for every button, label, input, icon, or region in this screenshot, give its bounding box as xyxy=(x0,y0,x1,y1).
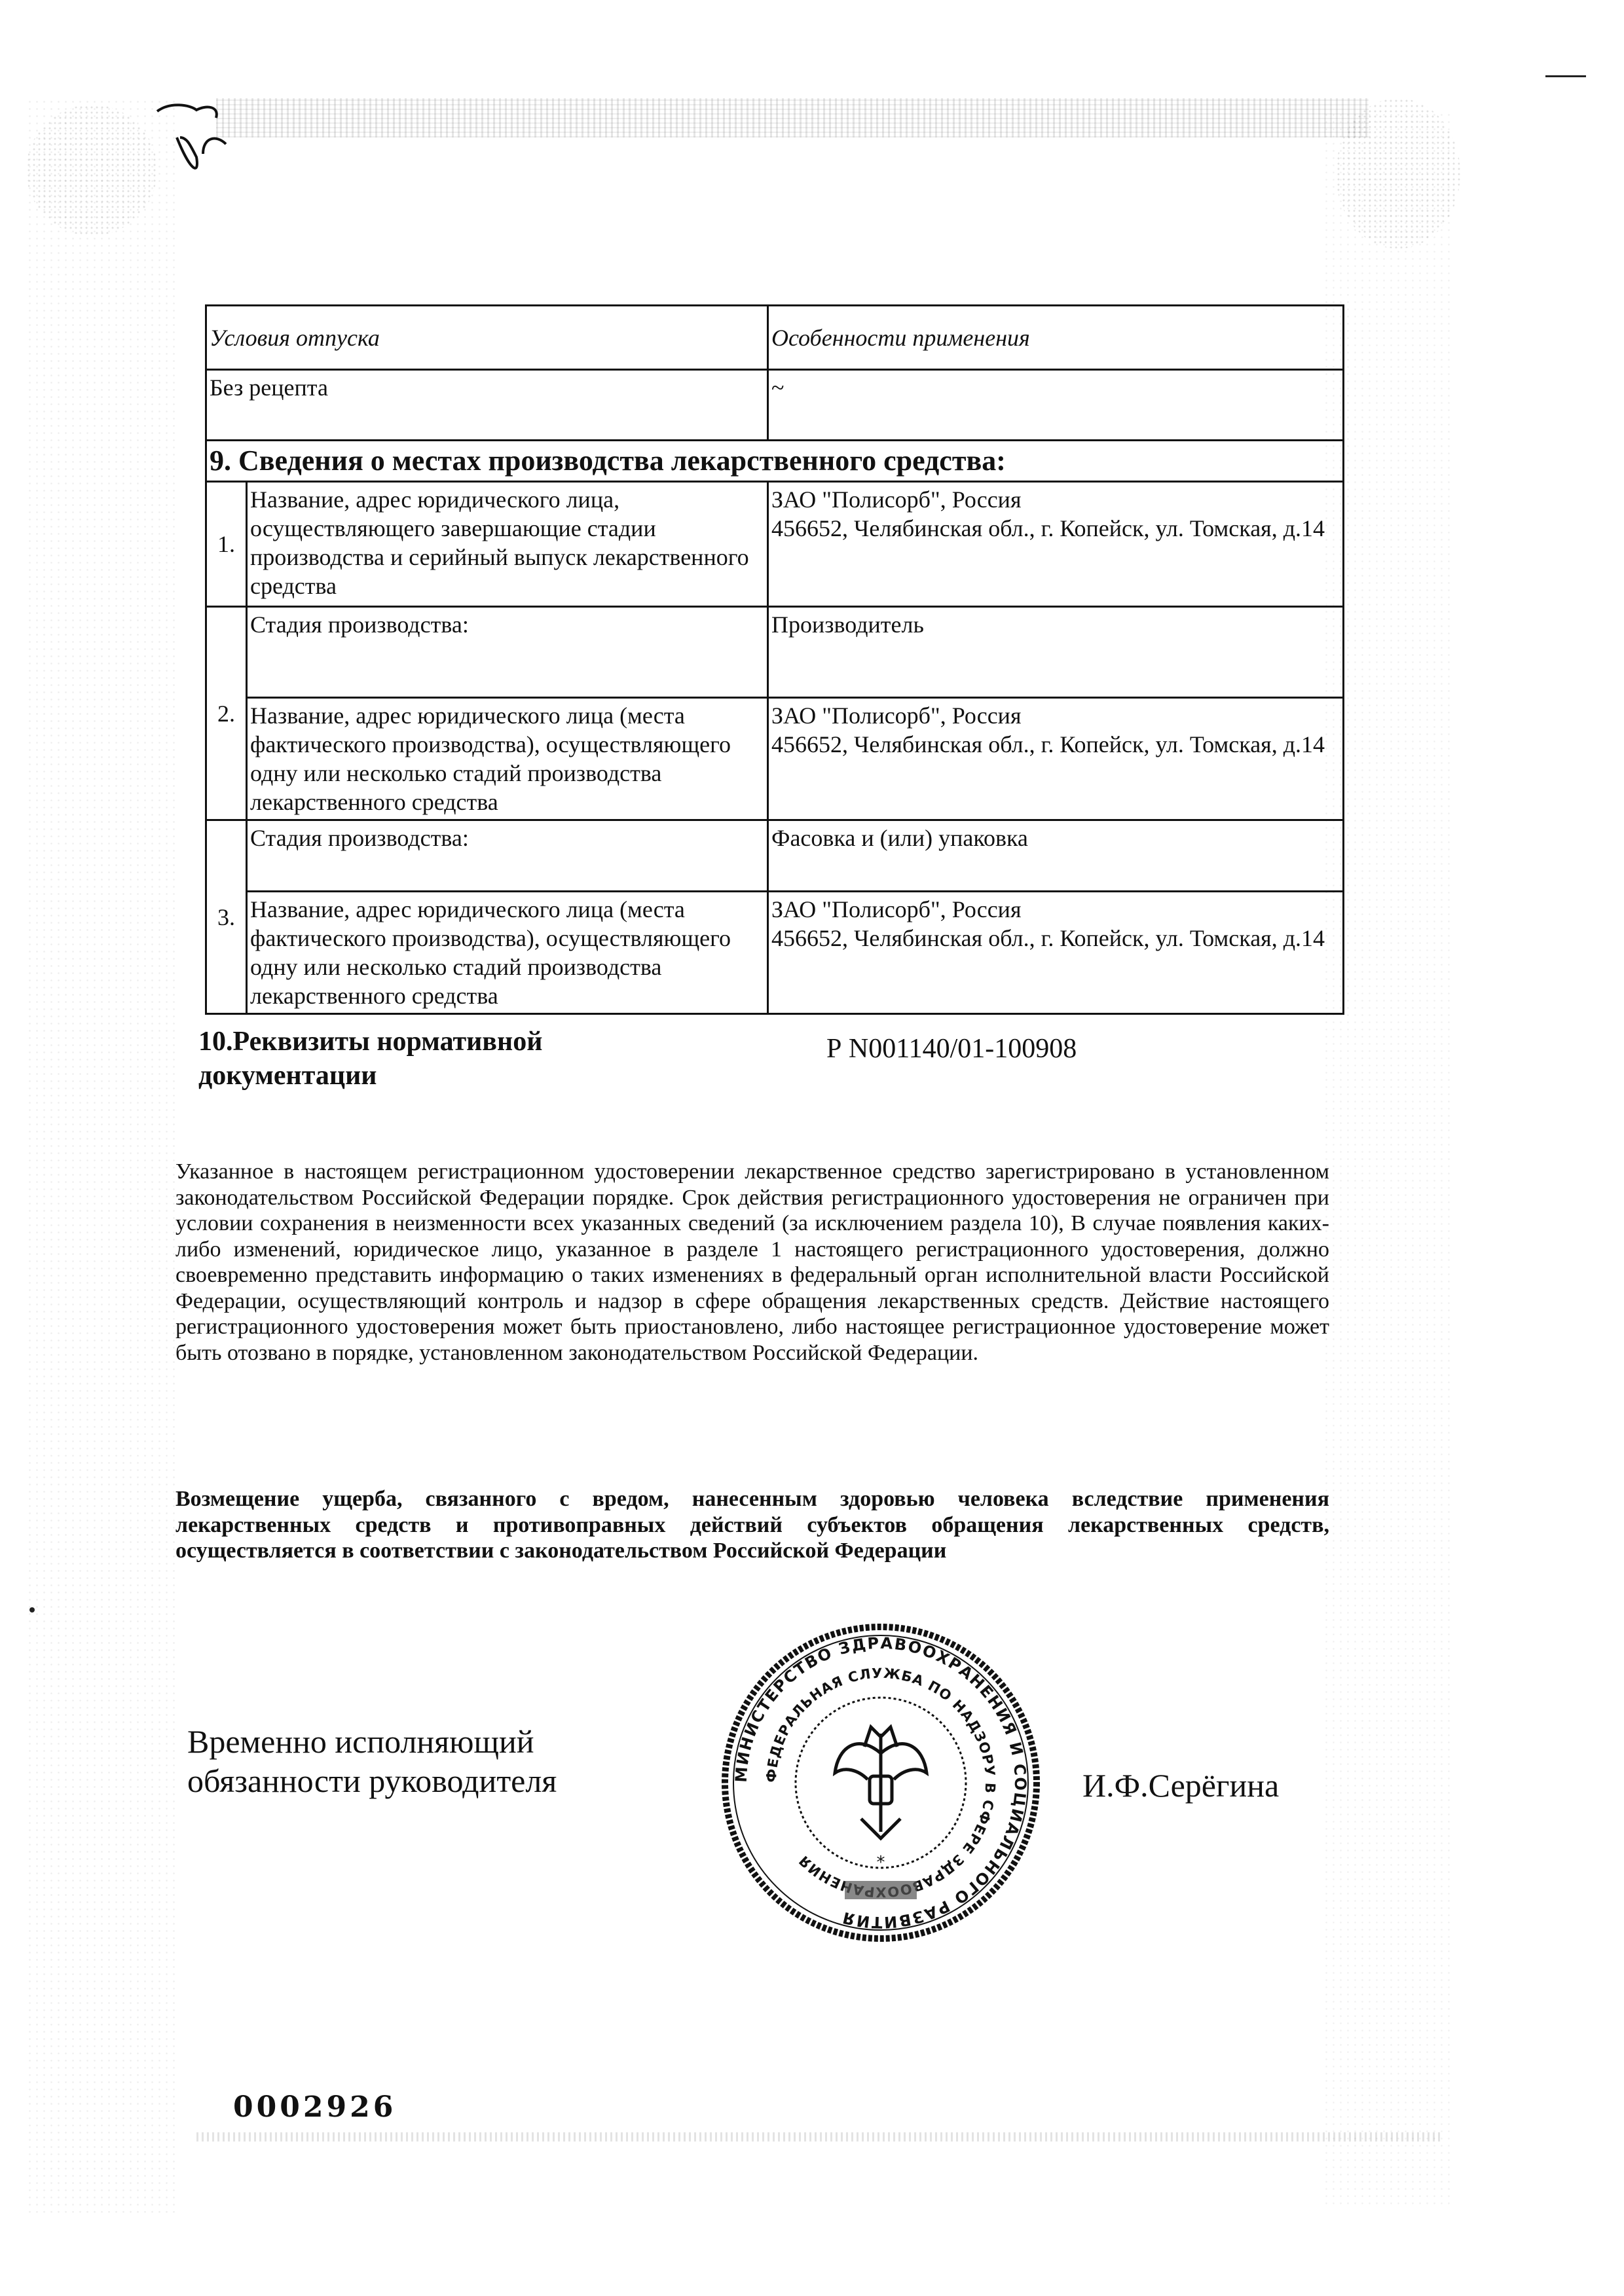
row-number: 1. xyxy=(206,482,247,607)
eagle-emblem-icon xyxy=(835,1727,927,1838)
stage-label: Стадия производства: xyxy=(247,607,768,698)
decorative-border-bottom xyxy=(196,2132,1441,2141)
signatory-name: И.Ф.Серёгина xyxy=(1082,1766,1279,1804)
company-name: ЗАО "Полисорб", Россия xyxy=(771,895,1340,924)
section10-title: 10.Реквизиты нормативной документации xyxy=(198,1025,657,1093)
serial-number: 0002926 xyxy=(233,2090,396,2124)
svg-text:*: * xyxy=(877,1853,885,1872)
normative-doc-number: Р N001140/01-100908 xyxy=(826,1033,1077,1065)
usage-features-value: ~ xyxy=(768,370,1344,441)
table-row: 1. Название, адрес юридического лица, ос… xyxy=(206,482,1344,607)
row-label: Название, адрес юридического лица (места… xyxy=(247,698,768,820)
row-label: Название, адрес юридического лица (места… xyxy=(247,892,768,1014)
company-address: 456652, Челябинская обл., г. Копейск, ул… xyxy=(771,730,1340,759)
stage-value: Фасовка и (или) упаковка xyxy=(768,820,1344,892)
company-name: ЗАО "Полисорб", Россия xyxy=(771,701,1340,730)
rosette-ornament-icon xyxy=(1336,98,1460,249)
scan-artifact-mark xyxy=(1545,75,1586,77)
rosette-ornament-icon xyxy=(26,105,157,236)
table-row: Название, адрес юридического лица (места… xyxy=(206,892,1344,1014)
usage-features-header: Особенности применения xyxy=(768,306,1344,370)
stage-label: Стадия производства: xyxy=(247,820,768,892)
registration-table: Условия отпуска Особенности применения Б… xyxy=(205,304,1344,1015)
row-value: ЗАО "Полисорб", Россия 456652, Челябинск… xyxy=(768,482,1344,607)
row-value: ЗАО "Полисорб", Россия 456652, Челябинск… xyxy=(768,698,1344,820)
section9-heading-row: 9. Сведения о местах производства лекарс… xyxy=(206,441,1344,482)
decorative-border-top xyxy=(216,98,1369,137)
stage-value: Производитель xyxy=(768,607,1344,698)
validity-paragraph: Указанное в настоящем регистрационном уд… xyxy=(175,1159,1329,1366)
table-row: 3. Стадия производства: Фасовка и (или) … xyxy=(206,820,1344,892)
table-row: Название, адрес юридического лица (места… xyxy=(206,698,1344,820)
release-value-row: Без рецепта ~ xyxy=(206,370,1344,441)
handwritten-mark-icon xyxy=(151,98,242,183)
position-line-2: обязанности руководителя xyxy=(187,1761,557,1800)
row-value: ЗАО "Полисорб", Россия 456652, Челябинск… xyxy=(768,892,1344,1014)
damages-paragraph: Возмещение ущерба, связанного с вредом, … xyxy=(175,1486,1329,1564)
position-line-1: Временно исполняющий xyxy=(187,1722,557,1761)
company-address: 456652, Челябинская обл., г. Копейск, ул… xyxy=(771,924,1340,953)
row-number: 2. xyxy=(206,607,247,820)
release-header-row: Условия отпуска Особенности применения xyxy=(206,306,1344,370)
company-address: 456652, Челябинская обл., г. Копейск, ул… xyxy=(771,514,1340,543)
official-seal-icon: МИНИСТЕРСТВО ЗДРАВООХРАНЕНИЯ И СОЦИАЛЬНО… xyxy=(720,1622,1041,1943)
decorative-border-left xyxy=(26,98,177,2213)
margin-dot xyxy=(29,1607,35,1613)
release-conditions-header: Условия отпуска xyxy=(206,306,768,370)
table-row: 2. Стадия производства: Производитель xyxy=(206,607,1344,698)
release-conditions-value: Без рецепта xyxy=(206,370,768,441)
company-name: ЗАО "Полисорб", Россия xyxy=(771,485,1340,514)
row-label: Название, адрес юридического лица, осуще… xyxy=(247,482,768,607)
row-number: 3. xyxy=(206,820,247,1014)
section9-title: 9. Сведения о местах производства лекарс… xyxy=(206,441,1344,482)
signatory-position: Временно исполняющий обязанности руковод… xyxy=(187,1722,557,1800)
